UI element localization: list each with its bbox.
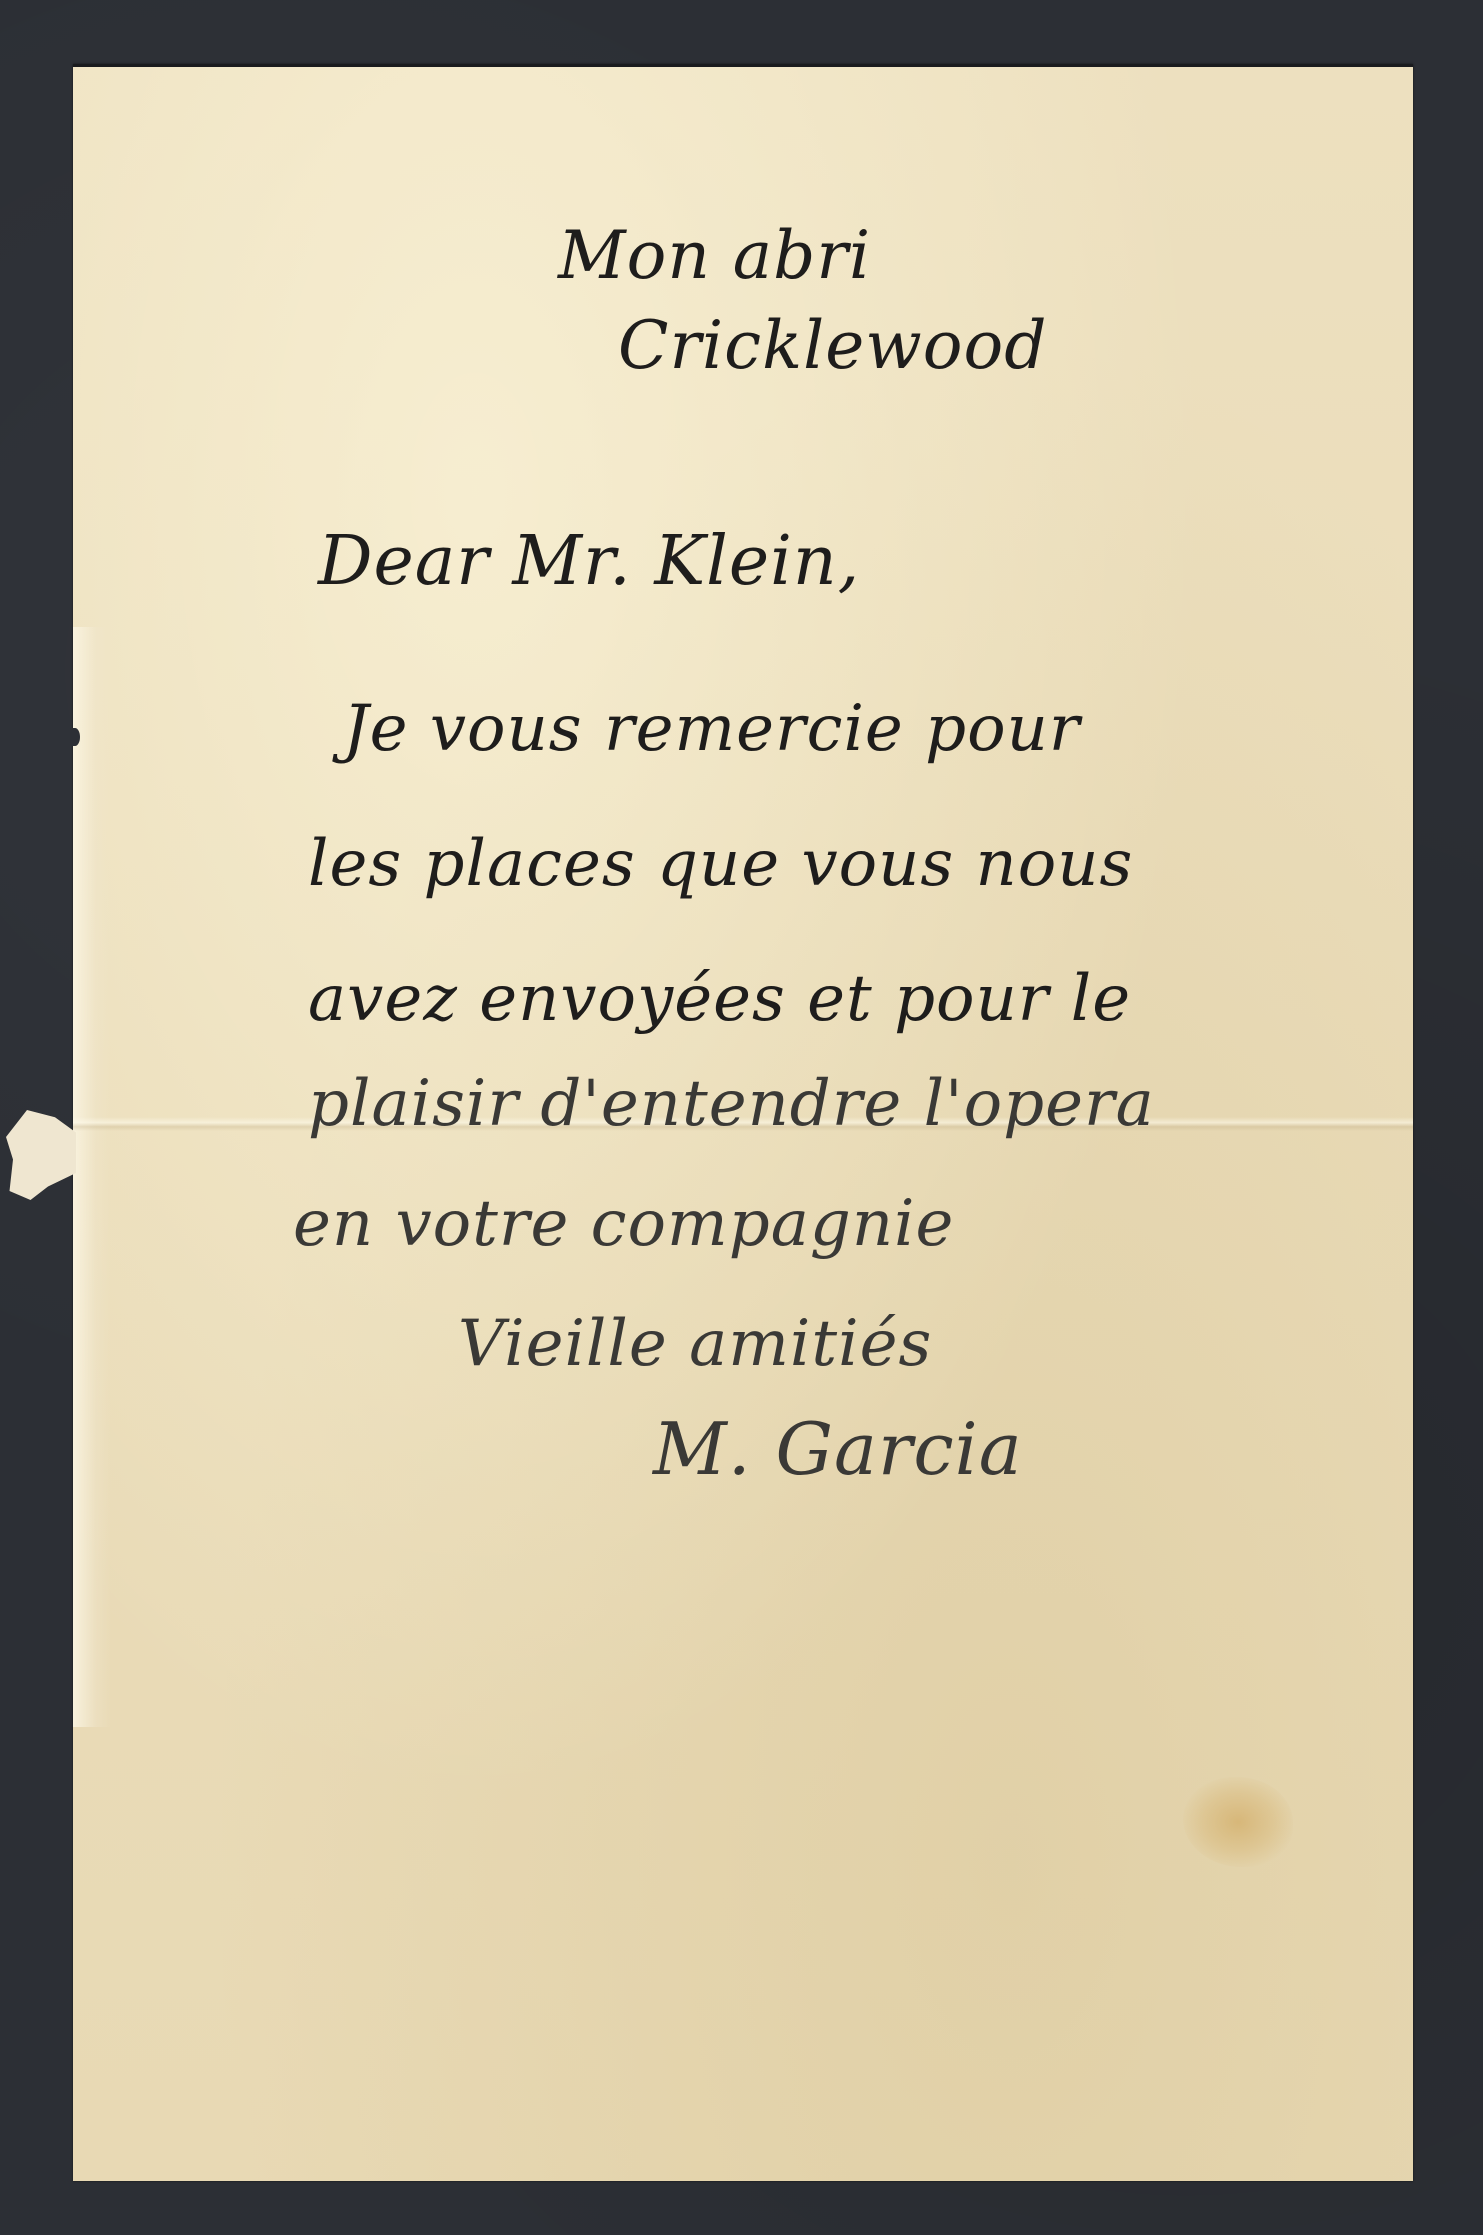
- body-line: plaisir d'entendre l'opera: [308, 1067, 1155, 1141]
- worn-left-edge: [73, 627, 111, 1727]
- body-line: en votre compagnie: [293, 1187, 954, 1261]
- foxing-stain: [1183, 1777, 1293, 1867]
- body-line: Je vous remercie pour: [343, 692, 1080, 766]
- body-line: avez envoyées et pour le: [308, 962, 1131, 1036]
- closing: Vieille amitiés: [458, 1307, 932, 1381]
- letterhead-line-1: Mon abri: [558, 217, 871, 294]
- edge-notch: [70, 728, 80, 746]
- letterhead-line-2: Cricklewood: [618, 307, 1048, 384]
- salutation: Dear Mr. Klein,: [318, 522, 860, 601]
- body-line: les places que vous nous: [308, 827, 1133, 901]
- signature: M. Garcia: [653, 1407, 1023, 1491]
- letter-paper: Mon abri Cricklewood Dear Mr. Klein, Je …: [73, 64, 1413, 2181]
